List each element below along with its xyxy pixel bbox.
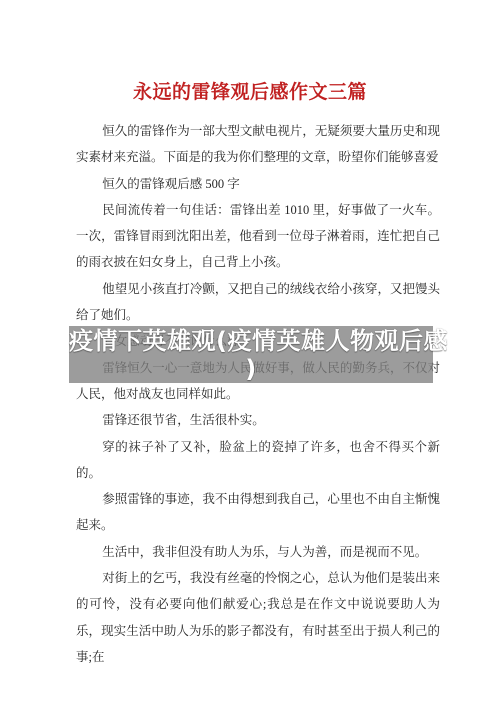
paragraph: 对街上的乞丐，我没有丝毫的怜悯之心，总认为他们是装出来的可怜，没有必要向他们献爱…: [76, 565, 440, 670]
paragraph: 穿的袜子补了又补，脸盆上的瓷掉了许多，也舍不得买个新的。: [76, 434, 440, 487]
paragraph: 民间流传着一句佳话：雷锋出差 1010 里，好事做了一火车。一次，雷锋冒雨到沈阳…: [76, 197, 440, 276]
paragraph: 生活中，我非但没有助人为乐，与人为善，而是视而不见。: [76, 539, 440, 565]
paragraph: 雷锋还很节省，生活很朴实。: [76, 407, 440, 433]
watermark-text-line2: ): [69, 355, 433, 383]
paragraph: 他望见小孩直打冷颤，又把自己的绒线衣给小孩穿，又把馒头给了她们。: [76, 276, 440, 329]
paragraph: 恒久的雷锋作为一部大型文献电视片，无疑须要大量历史和现实素材来充溢。下面是的我为…: [76, 118, 440, 171]
watermark-overlay: 疫情下英雄观(疫情英雄人物观后感 ): [69, 326, 433, 383]
document-title: 永远的雷锋观后感作文三篇: [0, 77, 500, 104]
paragraph-section-heading: 恒久的雷锋观后感 500 字: [76, 171, 440, 197]
document-page: 永远的雷锋观后感作文三篇 恒久的雷锋作为一部大型文献电视片，无疑须要大量历史和现…: [0, 0, 500, 706]
paragraph: 参照雷锋的事迹，我不由得想到我自己，心里也不由自主惭愧起来。: [76, 486, 440, 539]
document-body: 恒久的雷锋作为一部大型文献电视片，无疑须要大量历史和现实素材来充溢。下面是的我为…: [76, 118, 440, 670]
watermark-text-line1: 疫情下英雄观(疫情英雄人物观后感: [69, 327, 433, 355]
